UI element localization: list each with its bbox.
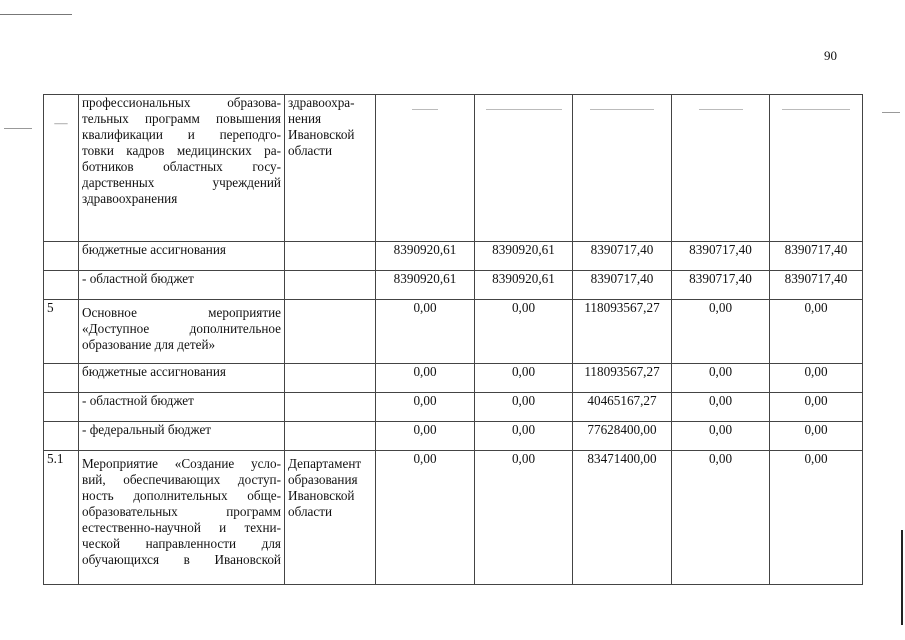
- value-cell: 0,00: [475, 422, 573, 451]
- row-description: - областной бюджет: [79, 271, 285, 300]
- value-cell: 118093567,27: [573, 300, 672, 364]
- row-responsible: [285, 393, 376, 422]
- value-cell: 8390920,61: [376, 271, 475, 300]
- row-responsible: [285, 271, 376, 300]
- table-row: - областной бюджет 0,00 0,00 40465167,27…: [44, 393, 863, 422]
- value-cell: [475, 95, 573, 242]
- table-row: бюджетные ассигнования 8390920,61 839092…: [44, 242, 863, 271]
- scan-artifact-top-left: [0, 14, 72, 15]
- row-responsible: [285, 364, 376, 393]
- row-responsible: [285, 422, 376, 451]
- value-cell: 8390717,40: [573, 271, 672, 300]
- value-cell: 8390717,40: [770, 242, 863, 271]
- value-cell: 0,00: [376, 451, 475, 585]
- row-responsible: [285, 300, 376, 364]
- row-number: 5.1: [44, 451, 79, 585]
- scan-artifact-right-edge: [901, 530, 903, 625]
- scan-artifact-left-margin: [4, 128, 32, 129]
- value-cell: 0,00: [672, 422, 770, 451]
- table-row: - областной бюджет 8390920,61 8390920,61…: [44, 271, 863, 300]
- row-description: - федеральный бюджет: [79, 422, 285, 451]
- value-cell: 0,00: [475, 300, 573, 364]
- row-description: бюджетные ассигнования: [79, 364, 285, 393]
- row-description: Мероприятие «Создание усло- вий, обеспеч…: [79, 451, 285, 585]
- value-cell: 0,00: [672, 364, 770, 393]
- value-cell: 8390920,61: [475, 271, 573, 300]
- value-cell: 0,00: [475, 451, 573, 585]
- table-row: бюджетные ассигнования 0,00 0,00 1180935…: [44, 364, 863, 393]
- row-number: [44, 271, 79, 300]
- budget-table: — профессиональных образова- тельных про…: [43, 94, 863, 585]
- value-cell: 0,00: [770, 364, 863, 393]
- value-cell: 118093567,27: [573, 364, 672, 393]
- value-cell: [573, 95, 672, 242]
- page-number: 90: [824, 48, 837, 64]
- row-number: [44, 422, 79, 451]
- value-cell: 40465167,27: [573, 393, 672, 422]
- value-cell: [770, 95, 863, 242]
- row-number: —: [44, 95, 79, 242]
- value-cell: 0,00: [770, 451, 863, 585]
- row-number: [44, 393, 79, 422]
- value-cell: 77628400,00: [573, 422, 672, 451]
- value-cell: 0,00: [770, 422, 863, 451]
- table-row: 5.1 Мероприятие «Создание усло- вий, обе…: [44, 451, 863, 585]
- row-number: 5: [44, 300, 79, 364]
- row-description: бюджетные ассигнования: [79, 242, 285, 271]
- table-row: — профессиональных образова- тельных про…: [44, 95, 863, 242]
- value-cell: 8390717,40: [770, 271, 863, 300]
- row-number: [44, 364, 79, 393]
- value-cell: 0,00: [376, 422, 475, 451]
- value-cell: 8390717,40: [672, 271, 770, 300]
- value-cell: 0,00: [672, 451, 770, 585]
- row-description: профессиональных образова- тельных прогр…: [79, 95, 285, 242]
- value-cell: [672, 95, 770, 242]
- value-cell: 8390717,40: [672, 242, 770, 271]
- value-cell: 0,00: [672, 393, 770, 422]
- value-cell: 0,00: [672, 300, 770, 364]
- row-description: - областной бюджет: [79, 393, 285, 422]
- table-row: 5 Основное мероприятие «Доступное дополн…: [44, 300, 863, 364]
- value-cell: 0,00: [376, 300, 475, 364]
- row-number: [44, 242, 79, 271]
- row-responsible: [285, 242, 376, 271]
- value-cell: 8390920,61: [376, 242, 475, 271]
- row-responsible: Департамент образования Ивановской облас…: [285, 451, 376, 585]
- table-row: - федеральный бюджет 0,00 0,00 77628400,…: [44, 422, 863, 451]
- value-cell: 0,00: [475, 393, 573, 422]
- value-cell: 0,00: [376, 364, 475, 393]
- scan-artifact-right-margin: [882, 112, 900, 113]
- value-cell: 0,00: [475, 364, 573, 393]
- row-description: Основное мероприятие «Доступное дополнит…: [79, 300, 285, 364]
- value-cell: 8390920,61: [475, 242, 573, 271]
- row-responsible: здравоохра- нения Ивановской области: [285, 95, 376, 242]
- value-cell: 0,00: [376, 393, 475, 422]
- value-cell: [376, 95, 475, 242]
- value-cell: 8390717,40: [573, 242, 672, 271]
- value-cell: 0,00: [770, 300, 863, 364]
- value-cell: 83471400,00: [573, 451, 672, 585]
- value-cell: 0,00: [770, 393, 863, 422]
